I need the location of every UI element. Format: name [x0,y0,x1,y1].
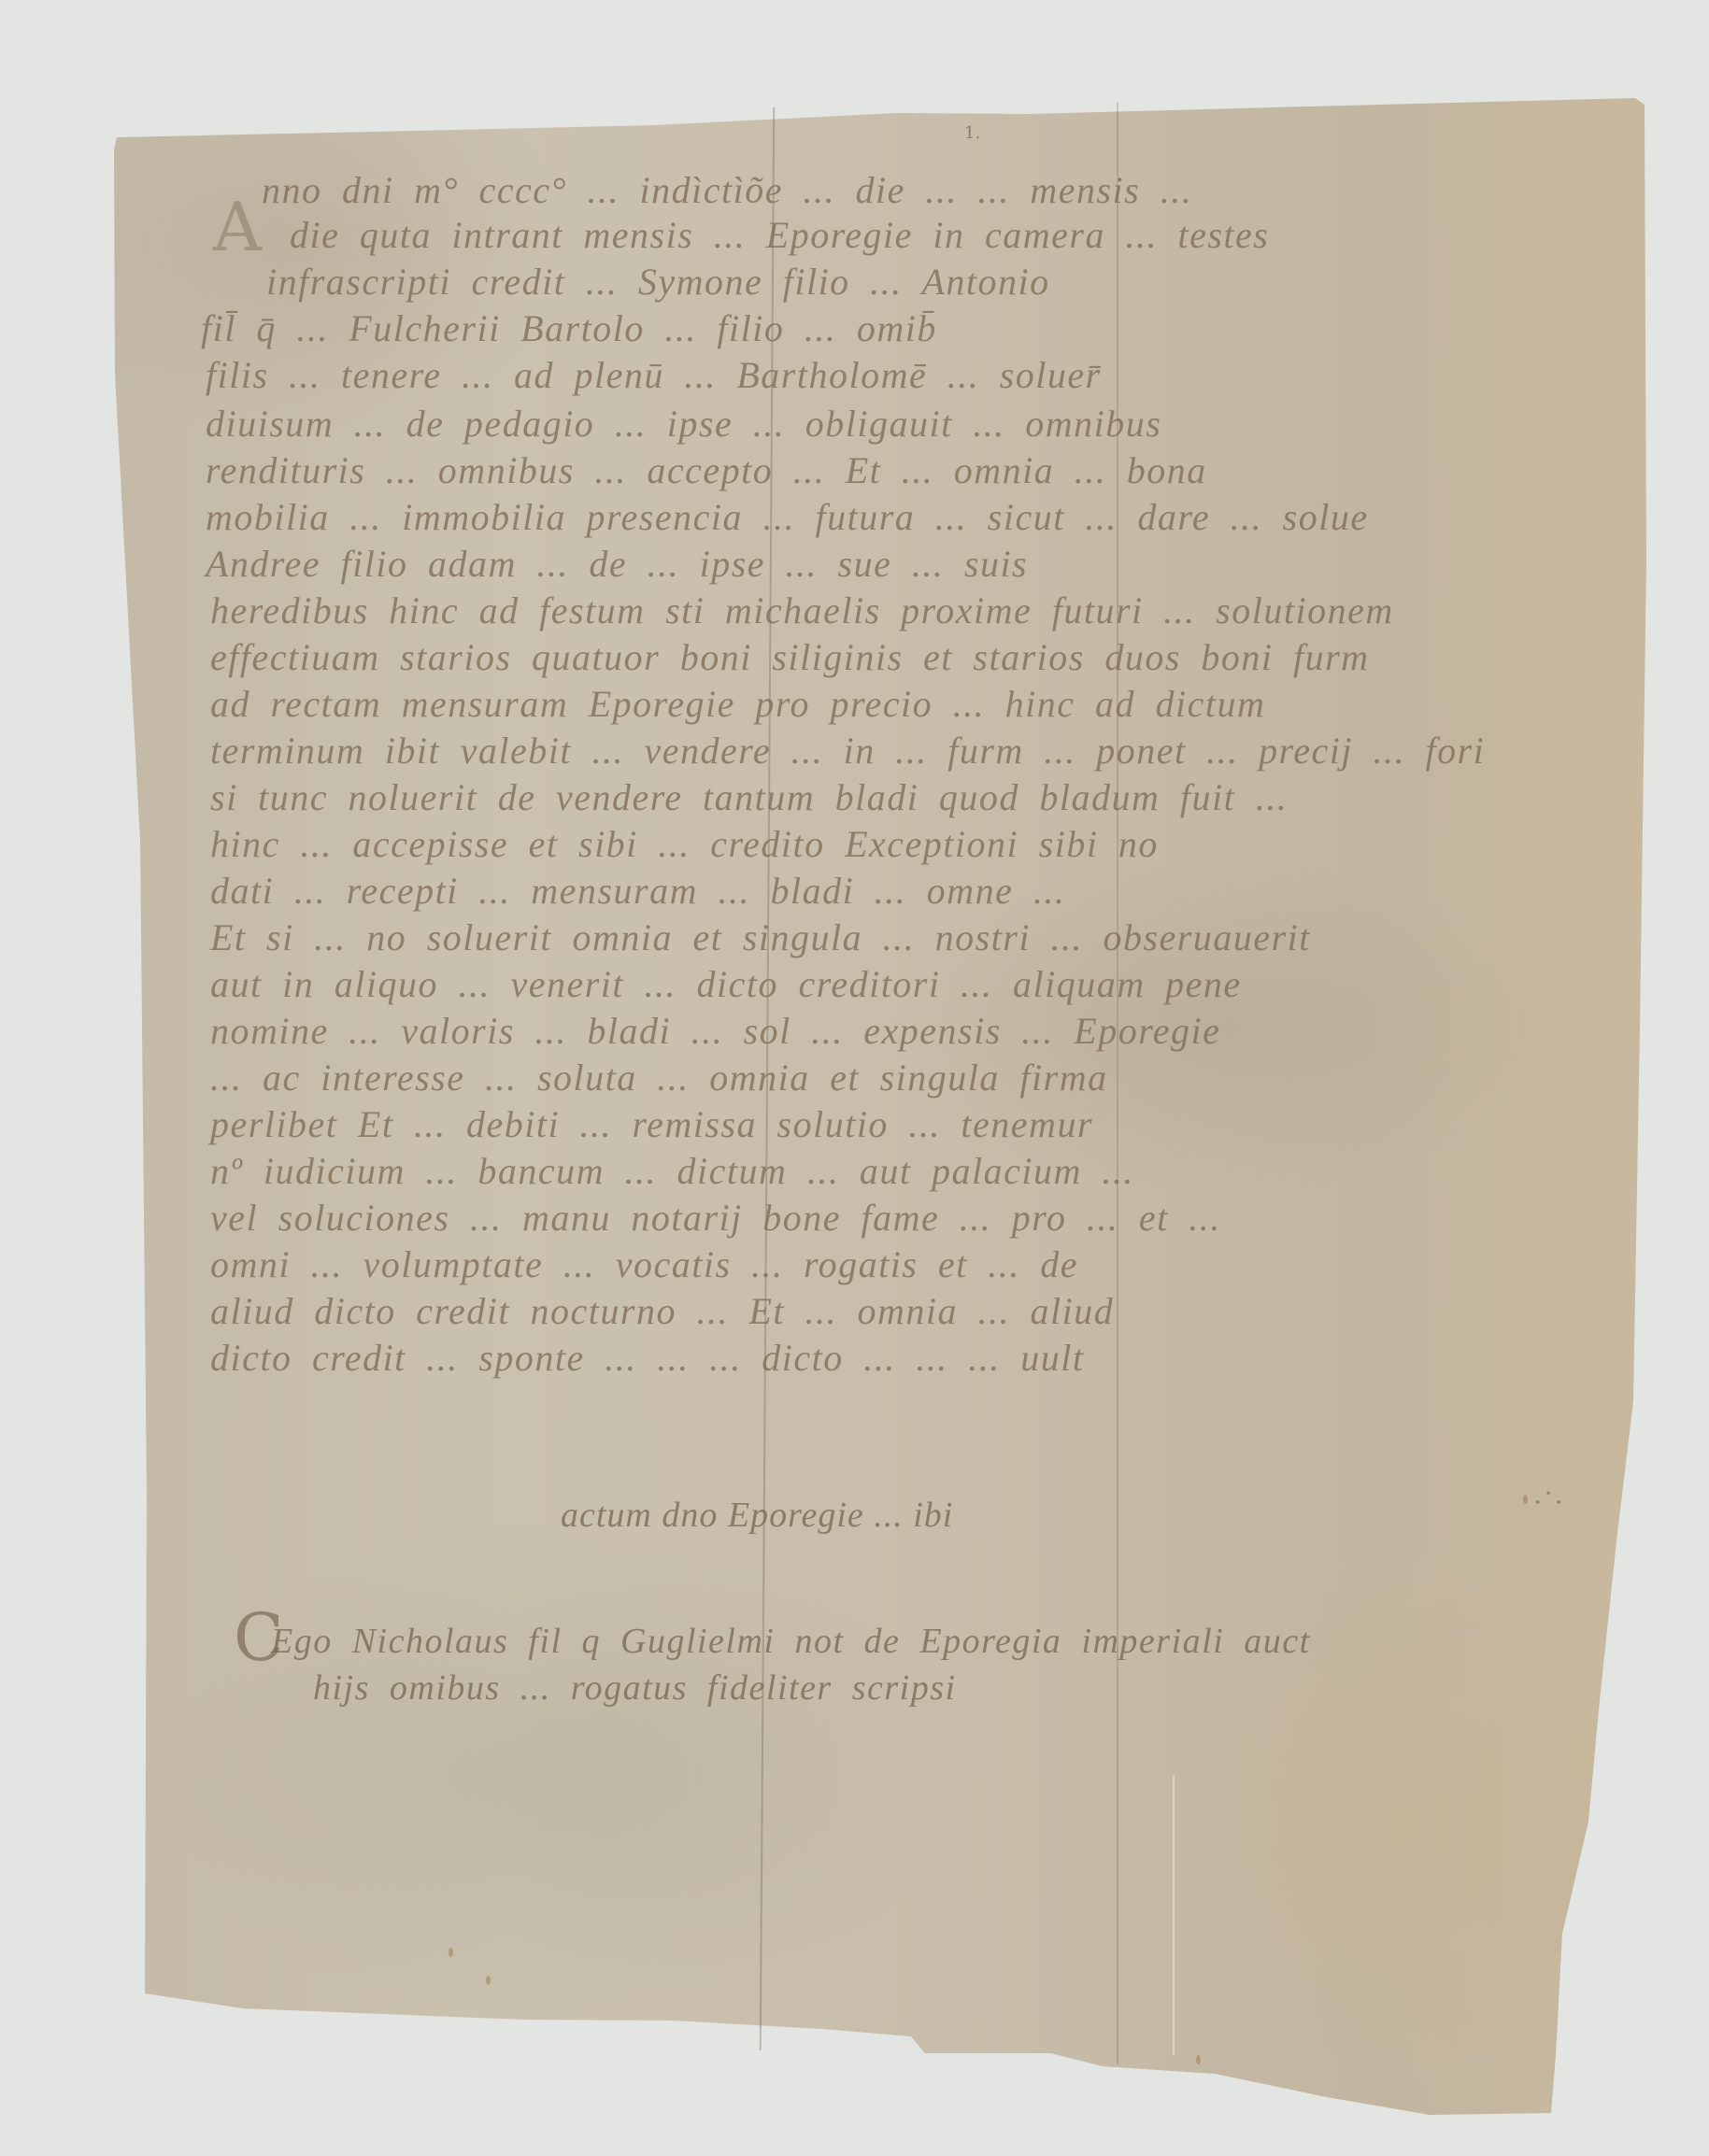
text-line: dati ... recepti ... mensuram ... bladi … [210,869,1065,914]
tear-highlight [1173,1775,1175,2055]
text-line: infrascripti credit ... Symone filio ...… [266,260,1050,305]
text-line: filis ... tenere ... ad plenū ... Barth… [206,353,1102,398]
text-line: mobilia ... immobilia presencia ... futu… [206,495,1369,540]
text-line: dicto credit ... sponte ... ... ... dict… [210,1336,1084,1381]
text-line: si tunc noluerit de vendere tantum bladi… [210,775,1288,820]
parchment-sheet: 1. A nno dni m° cccc° ... indìctìõe ... … [0,0,1709,2156]
text-line: terminum ibit valebit ... vendere ... in… [210,729,1485,773]
text-line: nomine ... valoris ... bladi ... sol ...… [210,1009,1220,1054]
stain-spot [449,1948,453,1957]
text-line: die quta intrant mensis ... Eporegie in … [290,213,1269,258]
text-line: nº iudicium ... bancum ... dictum ... au… [210,1149,1134,1194]
stain-spot [486,1976,491,1985]
text-line: Et si ... no soluerit omnia et singula .… [210,915,1311,960]
folio-number: 1. [964,123,980,143]
notary-subscription-line: Ego Nicholaus fil q Guglielmi not de Epo… [271,1621,1311,1662]
text-line: ... ac interesse ... soluta ... omnia et… [210,1056,1108,1100]
margin-mark: ·˙· [1532,1485,1564,1521]
text-line: aliud dicto credit nocturno ... Et ... o… [210,1289,1114,1334]
text-line: effectiuam starios quatuor boni siligini… [210,635,1370,680]
stain-spot [1523,1495,1528,1504]
notary-subscription-line: hijs omibus ... rogatus fideliter scrips… [313,1667,957,1709]
text-line: rendituris ... omnibus ... accepto ... E… [206,448,1207,493]
text-line: ad rectam mensuram Eporegie pro precio .… [210,682,1265,727]
text-line: perlibet Et ... debiti ... remissa solut… [210,1102,1093,1147]
text-line: diuisum ... de pedagio ... ipse ... obli… [206,402,1161,447]
fold-crease-right [1117,103,1118,2064]
text-line: omni ... volumptate ... vocatis ... roga… [210,1242,1078,1287]
text-line: nno dni m° cccc° ... indìctìõe ... die .… [262,168,1192,213]
text-line: hinc ... accepisse et sibi ... credito E… [210,822,1159,867]
text-line: aut in aliquo ... venerit ... dicto cred… [210,962,1242,1007]
decorated-initial: A [213,185,269,288]
closing-line: actum dno Eporegie ... ibi [561,1495,953,1536]
text-line: Andree filio adam ... de ... ipse ... su… [206,542,1028,587]
text-line: vel soluciones ... manu notarij bone fam… [210,1196,1221,1241]
text-line: fil̄ q̄ ... Fulcherii Bartolo ... filio … [201,306,937,351]
stain-spot [1196,2055,1201,2064]
text-line: heredibus hinc ad festum sti michaelis p… [210,589,1394,633]
